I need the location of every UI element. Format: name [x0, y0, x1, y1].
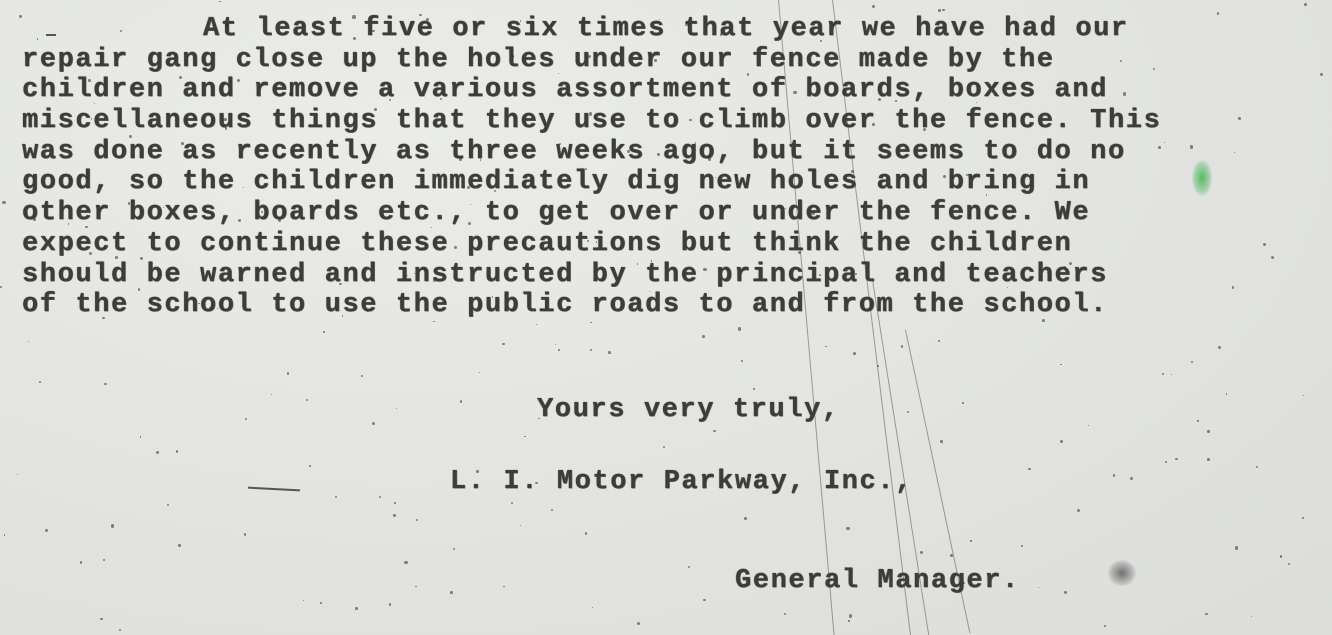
- speck: [708, 157, 711, 160]
- speck: [1271, 256, 1274, 259]
- speck: [753, 388, 755, 390]
- speck: [1162, 373, 1164, 375]
- body-line-8: expect to continue these precautions but…: [22, 229, 1072, 259]
- speck: [433, 321, 434, 322]
- speck: [1190, 145, 1193, 148]
- speck: [637, 263, 638, 264]
- speck: [744, 517, 747, 520]
- speck: [88, 79, 90, 81]
- speck: [352, 15, 355, 18]
- speck: [559, 143, 561, 145]
- speck: [920, 551, 923, 554]
- speck: [1197, 420, 1198, 421]
- speck: [1207, 430, 1209, 432]
- speck: [1226, 393, 1227, 394]
- speck: [950, 554, 953, 557]
- speck: [328, 236, 330, 238]
- speck: [119, 629, 121, 631]
- speck: [167, 504, 169, 506]
- speck: [637, 622, 640, 625]
- speck: [1064, 266, 1066, 268]
- speck: [657, 153, 660, 156]
- speck: [738, 327, 741, 330]
- speck: [1060, 440, 1063, 443]
- speck: [104, 383, 106, 385]
- speck: [479, 372, 480, 373]
- speck: [287, 372, 289, 374]
- speck: [901, 345, 903, 347]
- speck: [1064, 591, 1067, 594]
- speck: [872, 5, 875, 8]
- speck: [393, 514, 395, 516]
- speck: [966, 174, 968, 176]
- speck: [846, 527, 849, 530]
- speck: [923, 128, 926, 131]
- body-line-9: should be warned and instructed by the p…: [22, 260, 1108, 290]
- speck: [825, 346, 827, 348]
- speck: [1123, 92, 1126, 95]
- speck: [1042, 319, 1045, 322]
- speck: [1238, 117, 1241, 120]
- speck: [1263, 243, 1266, 246]
- speck: [450, 591, 453, 594]
- speck: [1207, 458, 1210, 461]
- speck: [703, 268, 706, 271]
- speck: [590, 349, 592, 351]
- speck: [1218, 346, 1221, 349]
- speck: [502, 343, 504, 345]
- speck: [820, 40, 822, 42]
- speck: [111, 524, 114, 527]
- body-line-6: good, so the children immediately dig ne…: [22, 167, 1090, 197]
- speck: [1256, 466, 1258, 468]
- speck: [140, 436, 142, 438]
- speck: [1158, 146, 1161, 149]
- speck: [511, 502, 513, 504]
- speck: [404, 561, 407, 564]
- speck: [85, 226, 87, 228]
- speck: [37, 38, 39, 40]
- speck: [524, 436, 526, 438]
- speck: [1077, 509, 1080, 512]
- speck: [355, 607, 358, 610]
- speck: [585, 532, 587, 534]
- speck: [372, 30, 374, 32]
- speck: [470, 52, 471, 53]
- speck: [4, 534, 5, 535]
- speck: [181, 142, 184, 145]
- speck: [608, 351, 611, 354]
- speck: [1164, 142, 1165, 143]
- speck: [942, 443, 943, 444]
- speck: [433, 278, 436, 281]
- speck: [209, 307, 211, 309]
- speck: [415, 586, 417, 588]
- speck: [596, 241, 597, 242]
- speck: [848, 620, 849, 621]
- speck: [320, 602, 322, 604]
- speck: [1020, 53, 1023, 56]
- speck: [853, 352, 856, 355]
- speck: [1097, 268, 1099, 270]
- speck: [1021, 545, 1023, 547]
- speck: [45, 529, 48, 532]
- speck: [503, 586, 504, 587]
- speck: [374, 108, 377, 111]
- speck: [453, 548, 455, 550]
- speck: [459, 157, 462, 160]
- body-line-7: other boxes, boards etc., to get over or…: [22, 198, 1090, 228]
- speck: [970, 540, 971, 541]
- speck: [342, 315, 343, 316]
- speck: [1175, 458, 1177, 460]
- speck: [1288, 563, 1290, 565]
- speck: [872, 123, 875, 126]
- company-name: L. I. Motor Parkway, Inc.,: [450, 467, 913, 497]
- speck: [244, 533, 246, 535]
- speck: [225, 127, 228, 130]
- speck: [1120, 60, 1122, 62]
- speck: [685, 22, 688, 25]
- speck: [115, 256, 118, 259]
- speck: [1113, 474, 1116, 477]
- speck: [176, 450, 178, 452]
- speck: [238, 219, 241, 222]
- speck: [747, 73, 749, 75]
- speck: [555, 344, 556, 345]
- speck: [1171, 374, 1172, 375]
- speck: [551, 509, 553, 511]
- speck: [1130, 477, 1133, 480]
- speck: [80, 561, 83, 564]
- speck: [19, 15, 22, 18]
- speck: [69, 178, 71, 180]
- speck: [849, 614, 852, 617]
- speck: [39, 381, 41, 383]
- speck: [1303, 395, 1304, 396]
- speck: [962, 402, 964, 404]
- speck: [590, 322, 592, 324]
- speck: [819, 274, 821, 276]
- speck: [309, 465, 311, 467]
- speck: [394, 502, 396, 504]
- speck: [339, 283, 342, 286]
- speck: [361, 375, 363, 377]
- speck: [102, 317, 105, 320]
- signatory-title: General Manager.: [735, 566, 1020, 596]
- speck: [323, 331, 325, 333]
- speck: [179, 76, 182, 79]
- speck: [1038, 587, 1039, 588]
- speck: [588, 55, 591, 58]
- speck: [592, 607, 593, 608]
- speck: [225, 24, 228, 27]
- speck: [1205, 613, 1207, 615]
- speck: [1217, 12, 1219, 14]
- speck: [476, 470, 479, 473]
- speck: [17, 474, 18, 475]
- stray-dash: [248, 487, 300, 492]
- speck: [1304, 3, 1307, 6]
- speck: [663, 446, 665, 448]
- speck: [825, 91, 827, 93]
- speck: [940, 440, 942, 442]
- speck: [1153, 68, 1155, 70]
- speck: [938, 340, 940, 342]
- speck: [703, 599, 705, 601]
- body-line-3: children and remove a various assortment…: [22, 75, 1108, 105]
- speck: [303, 600, 304, 601]
- body-line-10: of the school to use the public roads to…: [22, 290, 1108, 320]
- speck: [1060, 364, 1061, 365]
- speck: [1088, 425, 1089, 426]
- speck: [28, 341, 29, 342]
- speck: [986, 194, 988, 196]
- speck: [492, 296, 493, 297]
- speck: [654, 59, 657, 62]
- speck: [396, 408, 397, 409]
- speck: [1191, 361, 1193, 363]
- speck: [120, 30, 122, 32]
- speck: [741, 360, 743, 362]
- body-line-5: was done as recently as three weeks ago,…: [22, 137, 1126, 167]
- speck: [1235, 546, 1238, 549]
- speck: [520, 525, 521, 526]
- speck: [335, 496, 337, 498]
- speck: [1028, 468, 1031, 471]
- speck: [811, 212, 814, 215]
- closing-salutation: Yours very truly,: [537, 395, 840, 425]
- speck: [1234, 152, 1235, 153]
- speck: [1165, 461, 1167, 463]
- speck: [222, 94, 224, 96]
- speck: [416, 519, 418, 521]
- speck: [938, 9, 941, 12]
- speck: [558, 349, 559, 350]
- speck: [942, 9, 945, 12]
- speck: [1104, 625, 1106, 627]
- speck: [103, 559, 105, 561]
- speck: [713, 430, 715, 432]
- speck: [419, 14, 421, 16]
- speck: [178, 544, 181, 547]
- margin-mark: [46, 34, 56, 36]
- speck: [1232, 286, 1235, 289]
- speck: [402, 245, 404, 247]
- speck: [289, 92, 292, 95]
- speck: [0, 286, 2, 288]
- speck: [379, 496, 381, 498]
- speck: [156, 451, 159, 454]
- speck: [407, 275, 408, 276]
- speck: [2, 201, 5, 204]
- speck: [520, 20, 522, 22]
- green-stain: [1192, 160, 1212, 196]
- speck: [138, 288, 141, 291]
- speck: [389, 603, 391, 605]
- body-line-4: miscellaneous things that they use to cl…: [22, 106, 1161, 136]
- speck: [460, 400, 462, 402]
- speck: [688, 566, 690, 568]
- speck: [536, 324, 538, 326]
- speck: [784, 613, 787, 616]
- speck: [1280, 555, 1283, 558]
- speck: [1320, 73, 1323, 76]
- speck: [219, 1, 220, 2]
- speck: [306, 399, 308, 401]
- speck: [353, 37, 356, 40]
- speck: [157, 114, 158, 115]
- speck: [372, 422, 375, 425]
- speck: [1302, 517, 1304, 519]
- body-line-1: At least five or six times that year we …: [203, 14, 1129, 44]
- speck: [100, 618, 102, 620]
- speck: [261, 211, 263, 213]
- speck: [895, 100, 897, 102]
- speck: [907, 411, 909, 413]
- ink-smudge: [1108, 560, 1136, 586]
- speck: [271, 394, 272, 395]
- speck: [702, 335, 705, 338]
- speck: [245, 418, 247, 420]
- body-line-2: repair gang close up the holes under our…: [22, 45, 1055, 75]
- letter-page: At least five or six times that year we …: [0, 0, 1332, 635]
- speck: [1251, 616, 1252, 617]
